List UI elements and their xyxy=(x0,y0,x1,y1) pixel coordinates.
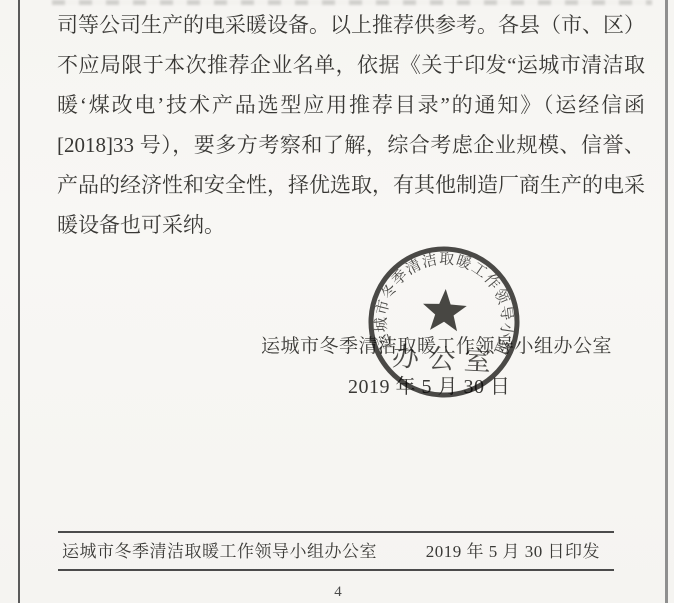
star-icon xyxy=(422,288,468,332)
body-line-4: [2018]33 号），要多方考察和了解，综合考虑企业规模、信誉、 xyxy=(57,125,645,165)
body-line-5: 产品的经济性和安全性，择优选取，有其他制造厂商生产的电采 xyxy=(57,165,645,205)
body-paragraph: 司等公司生产的电采暖设备。以上推荐供参考。各县（市、区） 不应局限于本次推荐企业… xyxy=(57,5,645,245)
footer: 运城市冬季清洁取暖工作领导小组办公室 2019 年 5 月 30 日印发 xyxy=(58,538,614,566)
footer-rule-bottom xyxy=(58,569,614,571)
page-number: 4 xyxy=(328,584,348,601)
body-line-6: 暖设备也可采纳。 xyxy=(57,205,645,245)
official-seal: 运城市冬季清洁取暖工作领导小组 办公室 xyxy=(360,238,528,406)
footer-rule-top xyxy=(58,531,614,533)
page-border-left xyxy=(18,0,20,603)
scanned-document-page: 司等公司生产的电采暖设备。以上推荐供参考。各县（市、区） 不应局限于本次推荐企业… xyxy=(0,0,674,603)
seal-graphic: 运城市冬季清洁取暖工作领导小组 办公室 xyxy=(360,238,528,406)
body-line-3: 暖‘煤改电’技术产品选型应用推荐目录”的通知》（运经信函 xyxy=(57,85,645,125)
body-line-2: 不应局限于本次推荐企业名单，依据《关于印发“运城市清洁取 xyxy=(57,45,645,85)
page-border-right xyxy=(665,0,668,603)
seal-office-text: 办公室 xyxy=(391,341,500,377)
body-line-1: 司等公司生产的电采暖设备。以上推荐供参考。各县（市、区） xyxy=(57,5,645,45)
footer-issuer: 运城市冬季清洁取暖工作领导小组办公室 xyxy=(62,538,377,566)
footer-print-date: 2019 年 5 月 30 日印发 xyxy=(426,538,600,566)
